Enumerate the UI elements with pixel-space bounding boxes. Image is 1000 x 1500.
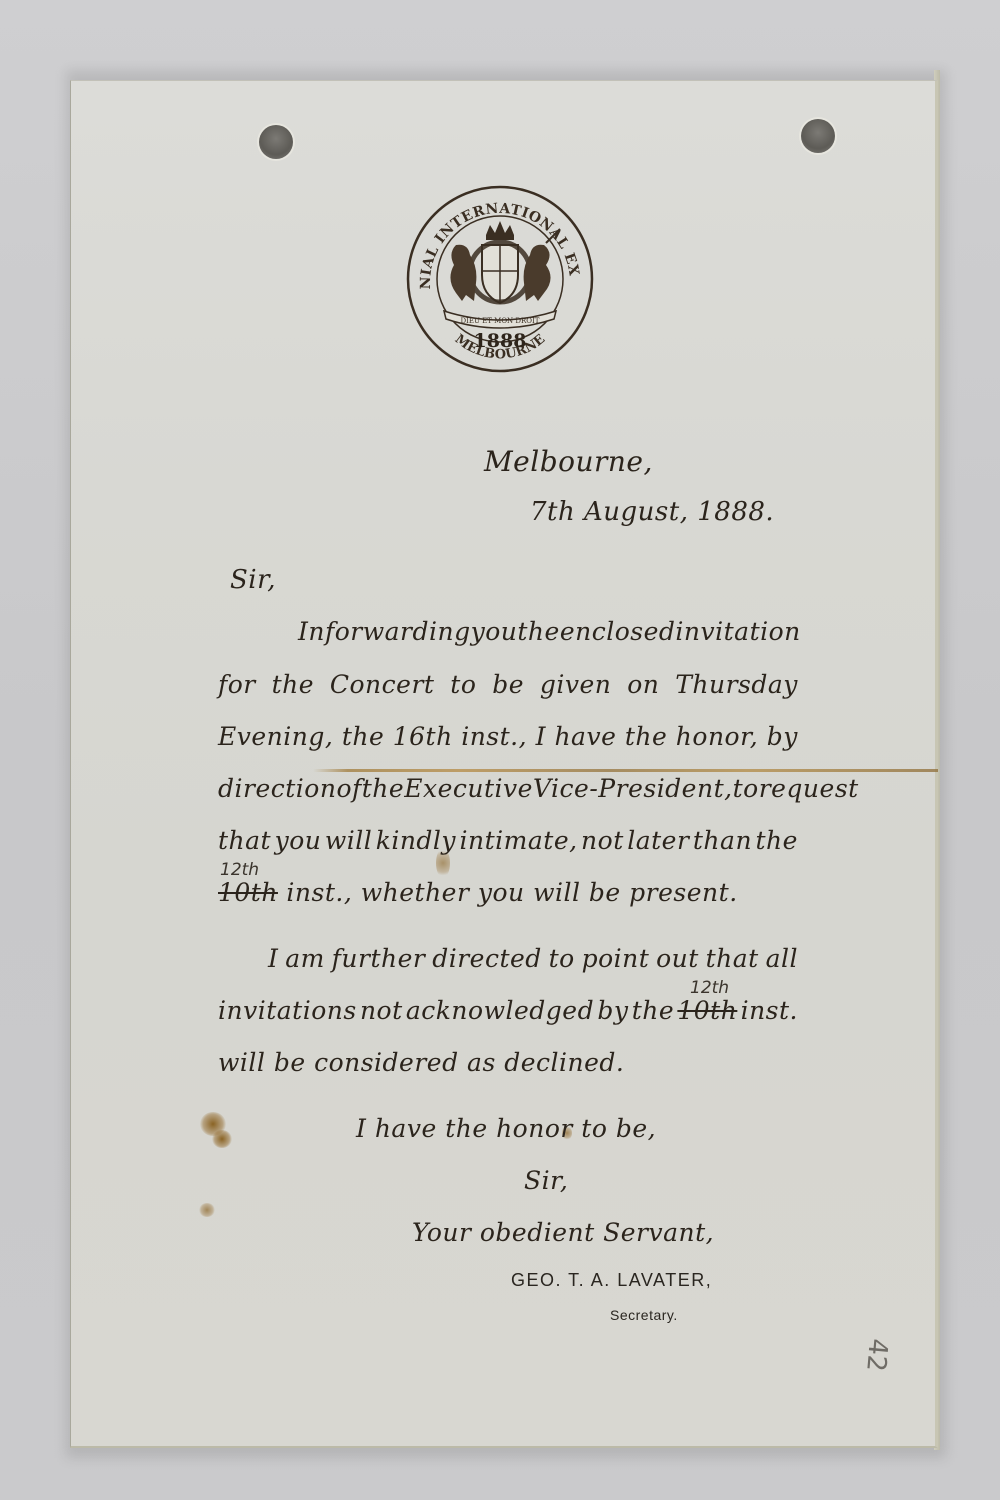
- exhibition-seal: CENTENNIAL INTERNATIONAL EXHIBITION MELB…: [404, 183, 596, 375]
- foxing-stain: [199, 1203, 215, 1217]
- signatory-title: Secretary.: [610, 1307, 678, 1323]
- royal-coat-of-arms-icon: CENTENNIAL INTERNATIONAL EXHIBITION MELB…: [404, 183, 596, 375]
- foxing-stain: [212, 1130, 232, 1148]
- handwritten-correction-1: 12th: [220, 860, 259, 880]
- date-line: 7th August, 1888.: [530, 497, 774, 527]
- handwritten-correction-2: 12th: [690, 978, 729, 998]
- body-line-4: directionoftheExecutiveVice-President,to…: [218, 774, 798, 803]
- salutation: Sir,: [230, 565, 276, 595]
- punch-hole-right: [801, 119, 835, 153]
- svg-text:1888: 1888: [474, 330, 527, 352]
- closing-line-1: I have the honor to be,: [356, 1114, 656, 1143]
- body-p2-line-3: will be considered as declined.: [218, 1048, 624, 1077]
- body-line-1: Inforwardingyoutheenclosedinvitation: [298, 617, 798, 646]
- svg-text:DIEU ET MON DROIT: DIEU ET MON DROIT: [461, 317, 540, 325]
- body-p2-line-1: Iamfurtherdirectedtopointoutthatall: [268, 944, 798, 973]
- body-line-2: fortheConcerttobegivenonThursday: [218, 670, 798, 699]
- closing-line-2: Sir,: [524, 1166, 568, 1195]
- body-line-6: 10th inst., whether you will be present.: [218, 878, 738, 907]
- struck-date: 10th: [218, 878, 278, 907]
- body-p2-line-2: invitationsnotacknowledgedbythe10thinst.: [218, 996, 798, 1025]
- place-line: Melbourne,: [484, 445, 653, 478]
- closing-line-3: Your obedient Servant,: [412, 1218, 714, 1247]
- pencil-annotation: 42: [860, 1337, 893, 1373]
- body-line-3: Evening,the16thinst.,Ihavethehonor,by: [218, 722, 798, 751]
- struck-date: 10th: [677, 996, 737, 1025]
- fold-crease-stain: [70, 769, 938, 772]
- signatory-name: GEO. T. A. LAVATER,: [511, 1270, 712, 1291]
- body-line-5: thatyouwillkindlyintimate,notlaterthanth…: [218, 826, 798, 855]
- punch-hole-left: [259, 125, 293, 159]
